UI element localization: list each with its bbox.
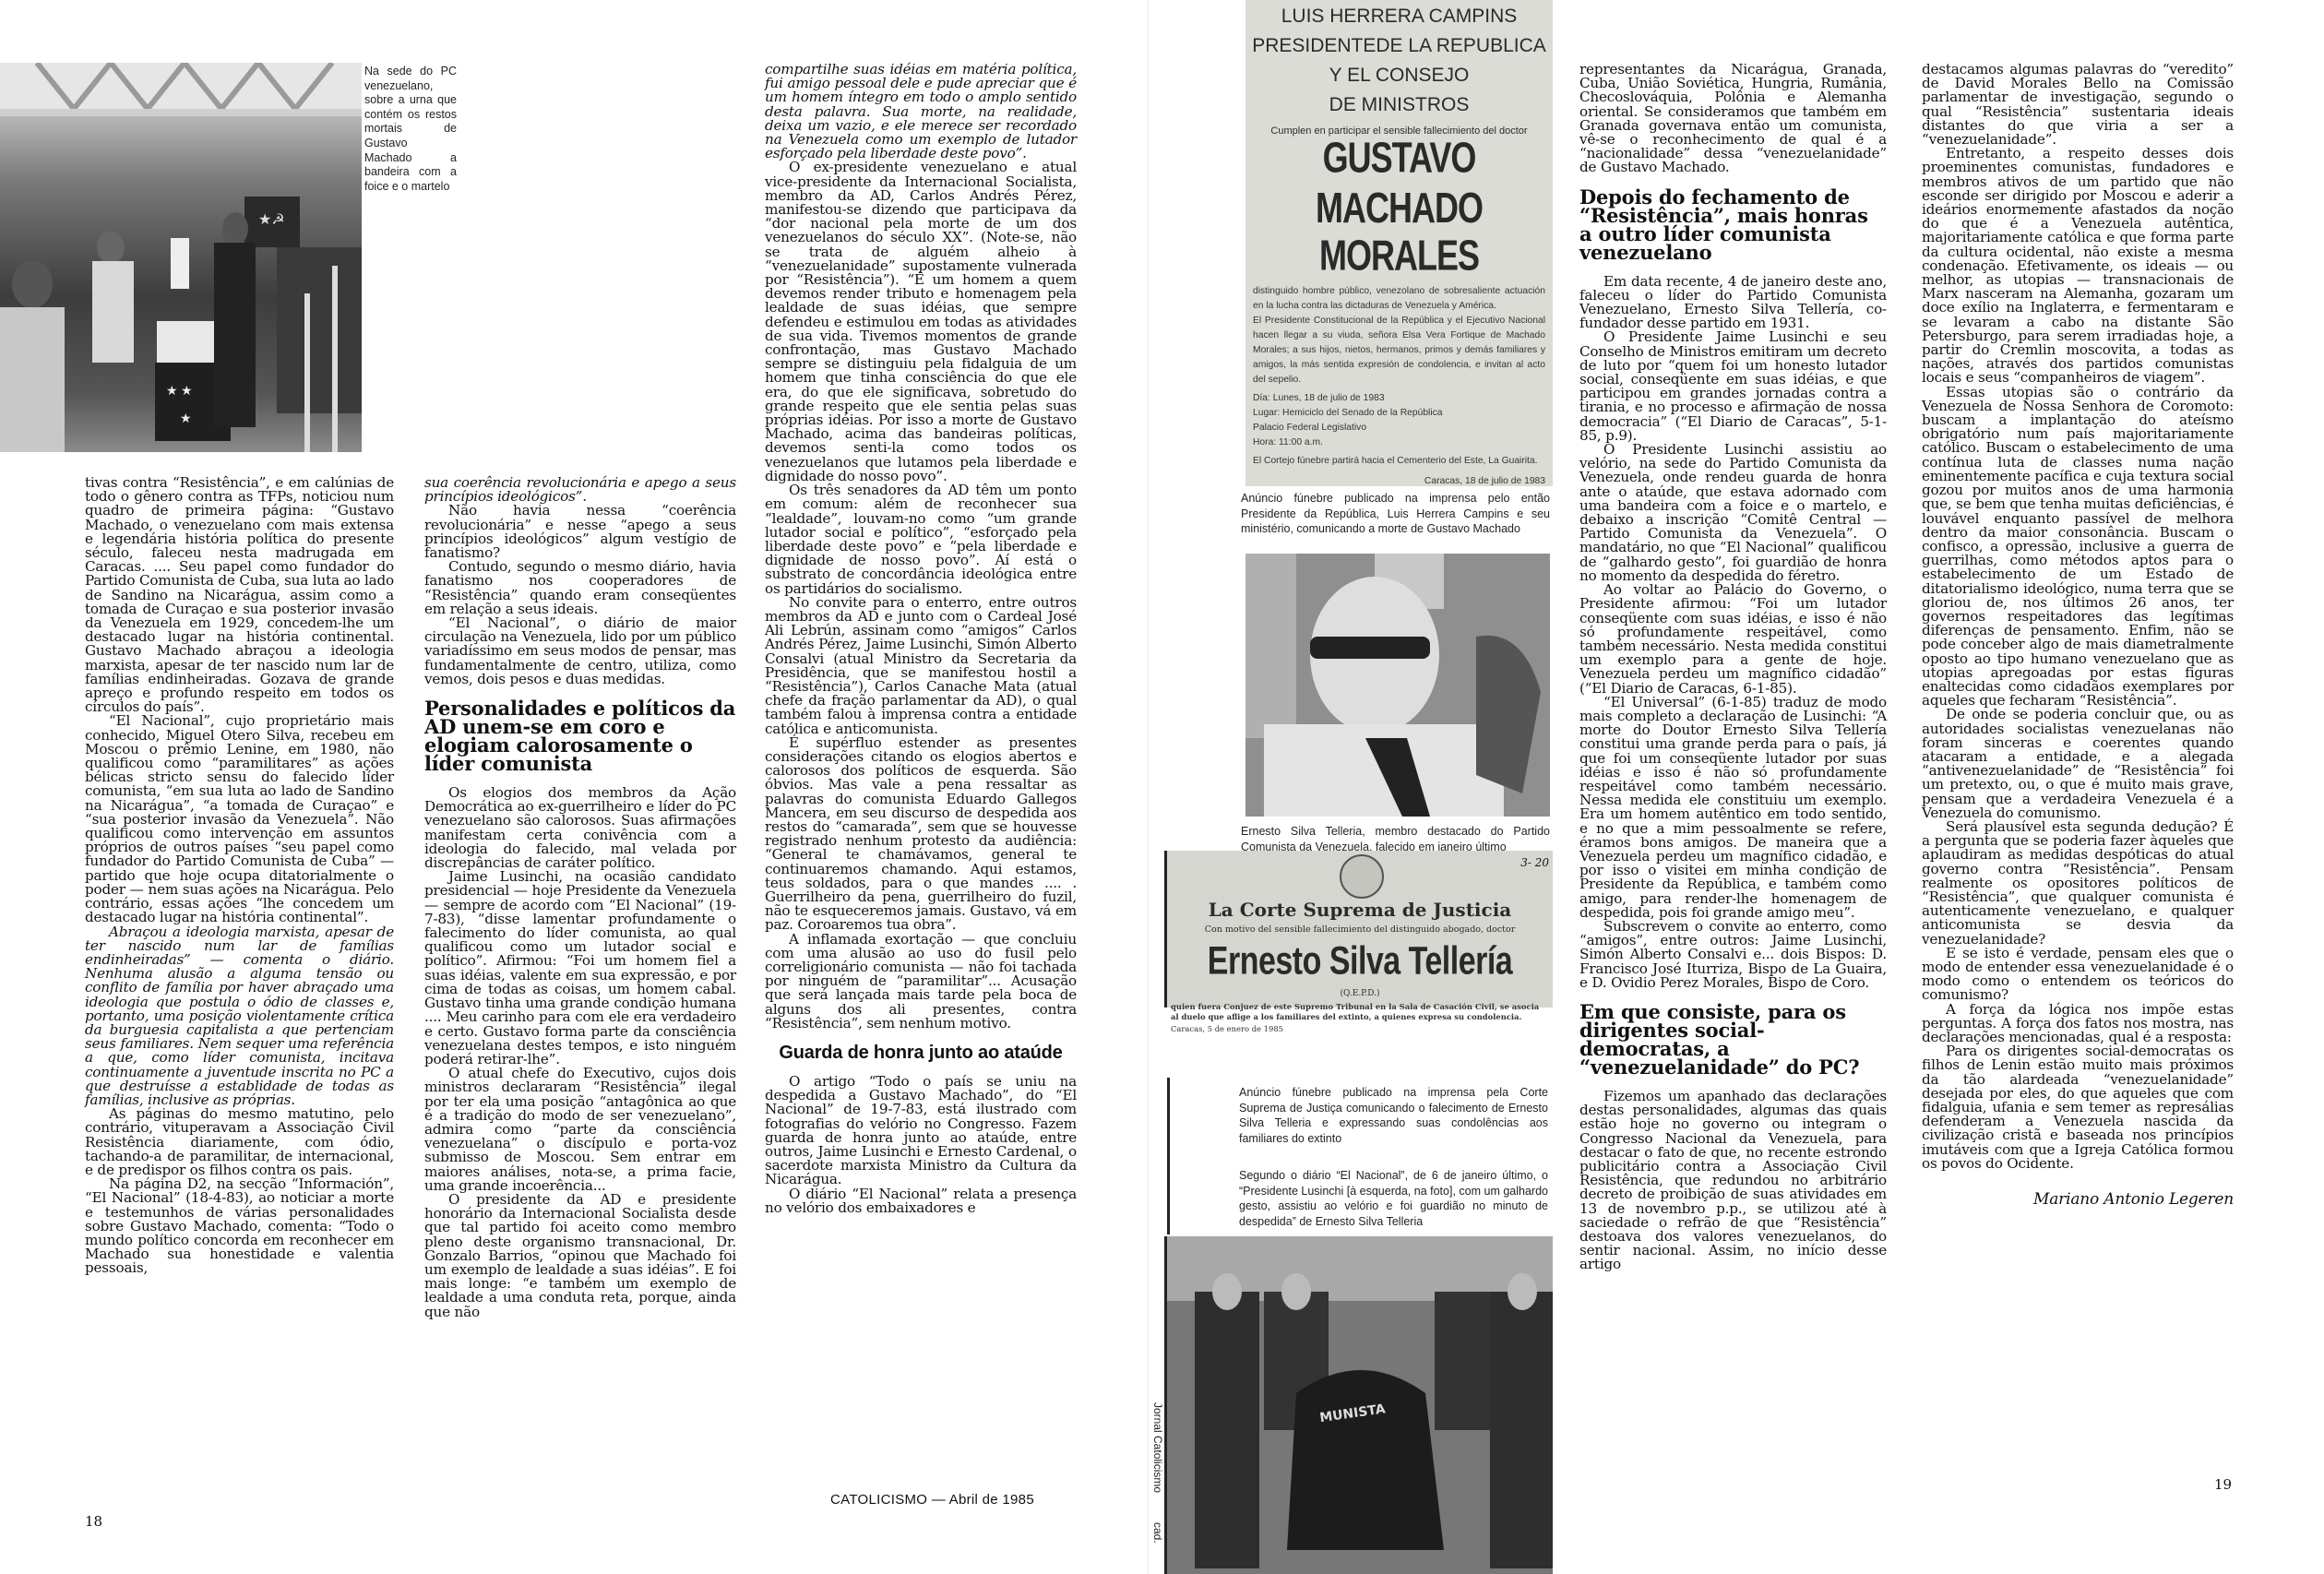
portrait-photo <box>1245 554 1550 817</box>
notice-title: La Corte Suprema de Justicia <box>1167 899 1553 921</box>
paragraph: tivas contra “Resistência”, e em calúnia… <box>85 476 394 714</box>
paragraph: As páginas do mesmo matutino, pelo contr… <box>85 1107 394 1177</box>
paragraph: Jaime Lusinchi, na ocasião candidato pre… <box>424 870 736 1067</box>
page-number-left: 18 <box>85 1513 102 1530</box>
funeral-photo: ★☭ ★ ★ ★ <box>0 63 362 452</box>
funeral-notice-gustavo-machado: LUIS HERRERA CAMPINS PRESIDENTEDE LA REP… <box>1245 0 1553 486</box>
lusinchi-photo-caption: Segundo o diário “El Nacional”, de 6 de … <box>1239 1168 1548 1229</box>
paragraph: Os elogios dos membros da Ação Democráti… <box>424 786 736 870</box>
paragraph: compartilhe suas idéias em matéria polít… <box>765 63 1077 161</box>
svg-text:★ ★: ★ ★ <box>166 385 193 399</box>
paragraph: O atual chefe do Executivo, cujos dois m… <box>424 1067 736 1193</box>
paragraph: E se isto é verdade, pensam eles que o m… <box>1922 947 2234 1003</box>
paragraph: Os três senadores da AD têm um ponto em … <box>765 483 1077 596</box>
paragraph: De onde se poderia concluir que, ou as a… <box>1922 708 2234 820</box>
article-column-5: destacamos algumas palavras do “veredito… <box>1922 63 2234 1207</box>
paragraph: Não havia nessa “coerência revolucionári… <box>424 504 736 560</box>
notice1-caption: Anúncio fúnebre publicado na imprensa pe… <box>1241 491 1550 537</box>
author-signature: Mariano Antonio Legeren <box>1922 1193 2234 1207</box>
svg-text:★☭: ★☭ <box>258 210 285 228</box>
court-seal-icon <box>1340 854 1384 899</box>
paragraph: Essas utopias são o contrário da Venezue… <box>1922 386 2234 709</box>
gutter-label-2: cad. <box>1151 1522 1164 1544</box>
paragraph: A força da lógica nos impõe estas pergun… <box>1922 1003 2234 1045</box>
notice-body-text: El Presidente Constitucional de la Repúb… <box>1253 314 1545 388</box>
notice-qepd: (Q.E.P.D.) <box>1167 989 1553 998</box>
paragraph: “El Nacional”, cujo proprietário mais co… <box>85 714 394 924</box>
funeral-photo-caption: Na sede do PC venezuelano, sobre a urna … <box>364 65 457 194</box>
notice2-caption: Anúncio fúnebre publicado na imprensa pe… <box>1239 1085 1548 1146</box>
notice-heading-line: LUIS HERRERA CAMPINS <box>1245 6 1553 28</box>
paragraph: Na página D2, na secção “Información”, “… <box>85 1177 394 1275</box>
notice-signature: Caracas, 5 de enero de 1985 <box>1167 1022 1553 1035</box>
paragraph: Fizemos um apanhado das declarações dest… <box>1579 1090 1887 1272</box>
portrait-illustration <box>1245 554 1550 817</box>
notice-body: quien fuera Conjuez de este Supremo Trib… <box>1167 998 1553 1022</box>
paragraph: O artigo “Todo o país se uniu na despedi… <box>765 1075 1077 1187</box>
paragraph: Contudo, segundo o mesmo diário, havia f… <box>424 560 736 616</box>
section-heading: Em que consiste, para os dirigentes soci… <box>1579 1003 1887 1077</box>
section-heading: Guarda de honra junto ao ataúde <box>765 1043 1077 1062</box>
paragraph: destacamos algumas palavras do “veredito… <box>1922 63 2234 147</box>
section-heading: Personalidades e políticos da AD unem-se… <box>424 699 736 773</box>
notice-intro: Con motivo del sensible fallecimiento de… <box>1167 924 1553 935</box>
paragraph: Abraçou a ideologia marxista, apesar de … <box>85 925 394 1108</box>
gutter-label: Jornal Catolicismo <box>1151 1402 1164 1493</box>
paragraph: Em data recente, 4 de janeiro deste ano,… <box>1579 275 1887 331</box>
notice-corner-mark: 3- 20 <box>1520 856 1549 869</box>
paragraph: O diário “El Nacional” relata a presença… <box>765 1187 1077 1215</box>
paragraph: Ao voltar ao Palácio do Governo, o Presi… <box>1579 583 1887 696</box>
paragraph: Será plausível esta segunda dedução? É a… <box>1922 820 2234 947</box>
notice-heading-line: Y EL CONSEJO <box>1245 65 1553 87</box>
honor-guard-photo: MUNISTA <box>1164 1236 1553 1574</box>
notice-name: MORALES <box>1245 231 1553 281</box>
funeral-notice-corte-suprema: 3- 20 La Corte Suprema de Justicia Con m… <box>1164 851 1553 1008</box>
notice-heading-line: PRESIDENTEDE LA REPUBLICA <box>1245 35 1553 57</box>
notice-place: Lugar: Hemiciclo del Senado de la Repúbl… <box>1253 406 1545 421</box>
page-gutter <box>1147 0 1149 1574</box>
paragraph: No convite para o enterro, entre outros … <box>765 596 1077 736</box>
notice-body-text: distinguido hombre público, venezolano d… <box>1253 284 1545 314</box>
paragraph: O Presidente Jaime Lusinchi e seu Consel… <box>1579 330 1887 443</box>
paragraph: É supérfluo estender as presentes consid… <box>765 736 1077 933</box>
paragraph: Entretanto, a respeito desses dois proem… <box>1922 147 2234 385</box>
notice-hour: Hora: 11:00 a.m. <box>1253 435 1545 450</box>
notice-day: Día: Lunes, 18 de julio de 1983 <box>1253 391 1545 406</box>
notice-name: Ernesto Silva Tellería <box>1167 939 1553 984</box>
paragraph: O Presidente Lusinchi assistiu ao velóri… <box>1579 443 1887 583</box>
paragraph: representantes da Nicarágua, Granada, Cu… <box>1579 63 1887 175</box>
notice-body: distinguido hombre público, venezolano d… <box>1245 275 1553 489</box>
paragraph: Para os dirigentes social-democratas os … <box>1922 1044 2234 1171</box>
article-column-3: compartilhe suas idéias em matéria polít… <box>765 63 1077 1215</box>
section-heading: Depois do fechamento de “Resistência”, m… <box>1579 188 1887 262</box>
notice-name: GUSTAVO MACHADO <box>1245 132 1553 233</box>
paragraph: Subscrevem o convite ao enterro, como “a… <box>1579 920 1887 990</box>
article-column-2: sua coerência revolucionária e apego a s… <box>424 476 736 1319</box>
funeral-scene-illustration: ★☭ ★ ★ ★ <box>0 63 362 452</box>
paragraph: “El Universal” (6-1-85) traduz de modo m… <box>1579 696 1887 920</box>
paragraph: A inflamada exortação — que concluiu com… <box>765 933 1077 1031</box>
paragraph: sua coerência revolucionária e apego a s… <box>424 476 736 504</box>
svg-text:★: ★ <box>180 412 192 426</box>
notice-signature: Caracas, 18 de julio de 1983 <box>1253 474 1545 489</box>
paragraph: “El Nacional”, o diário de maior circula… <box>424 616 736 686</box>
paragraph: O ex-presidente venezuelano e atual vice… <box>765 161 1077 483</box>
magazine-footer: CATOLICISMO — Abril de 1985 <box>830 1492 1034 1508</box>
notice-heading-line: DE MINISTROS <box>1245 94 1553 116</box>
article-column-4: representantes da Nicarágua, Granada, Cu… <box>1579 63 1887 1272</box>
honor-guard-illustration: MUNISTA <box>1167 1236 1553 1574</box>
article-column-1: tivas contra “Resistência”, e em calúnia… <box>85 476 394 1276</box>
notice-cortejo: El Cortejo fúnebre partirá hacia el Ceme… <box>1253 454 1545 469</box>
notice-place: Palacio Federal Legislativo <box>1253 421 1545 435</box>
paragraph: O presidente da AD e presidente honorári… <box>424 1193 736 1319</box>
page-number-right: 19 <box>2214 1476 2232 1493</box>
